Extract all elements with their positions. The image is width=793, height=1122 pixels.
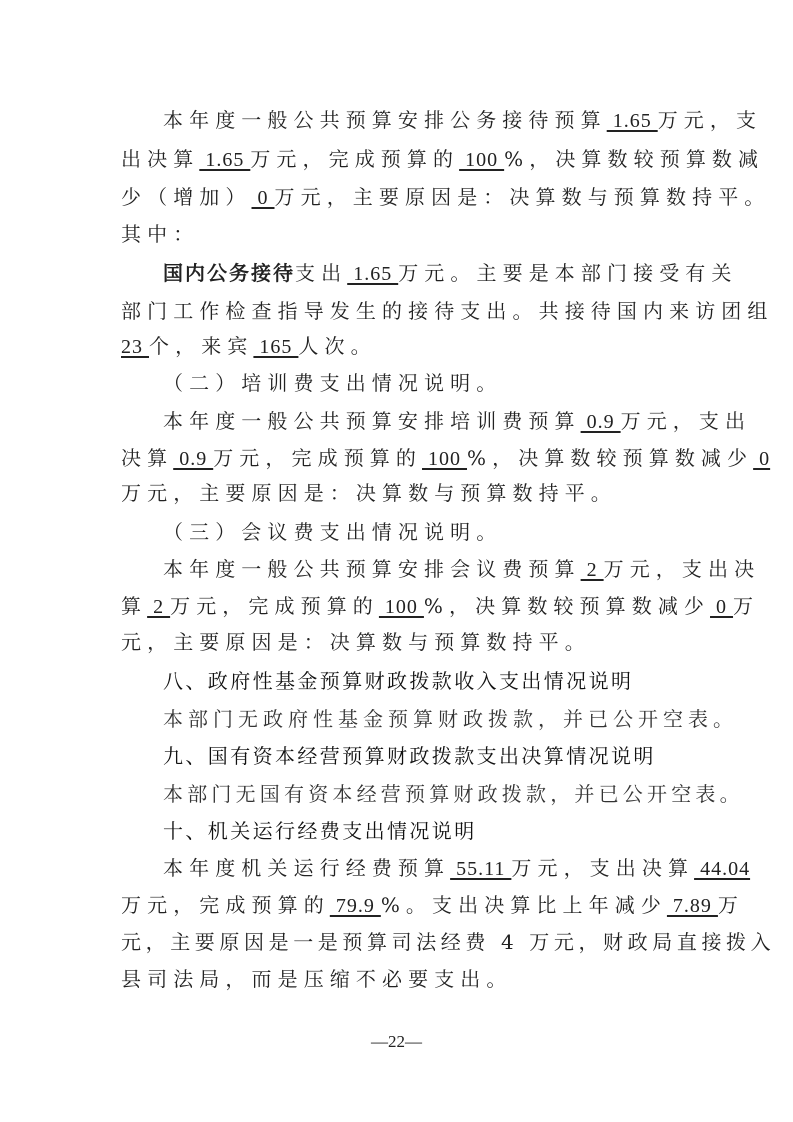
reception-percent-value: 100 bbox=[459, 149, 504, 171]
text: 其中： bbox=[121, 222, 199, 246]
text: 万元，完成预算的 bbox=[250, 147, 459, 171]
guests-count: 165 bbox=[253, 336, 298, 358]
text: 万元，支 bbox=[658, 108, 762, 132]
text: 个，来宾 bbox=[149, 334, 253, 358]
domestic-reception-label: 国内公务接待 bbox=[163, 261, 295, 285]
section-9-body: 本部门无国有资本经营预算财政拨款，并已公开空表。 bbox=[163, 779, 673, 809]
reception-budget-value: 1.65 bbox=[607, 110, 658, 132]
meeting-heading: （三）会议费支出情况说明。 bbox=[163, 517, 673, 547]
section-9-heading: 九、国有资本经营预算财政拨款支出决算情况说明 bbox=[163, 741, 673, 771]
text: 本年度一般公共预算安排培训费预算 bbox=[163, 409, 581, 433]
text: 元，主要原因是一是预算司法经费 4 万元，财政局直接拨入 bbox=[121, 930, 775, 954]
meeting-line-2: 算 2 万元，完成预算的 100 %，决算数较预算数减少 0 万 bbox=[121, 591, 673, 621]
page-number: —22— bbox=[0, 1032, 793, 1052]
text: %，决算数较预算数减少 bbox=[467, 446, 753, 470]
reception-line-2: 出决算 1.65 万元，完成预算的 100 %，决算数较预算数减 bbox=[121, 144, 673, 174]
text: 少（增加） bbox=[121, 185, 252, 209]
section-10-line-3: 元，主要原因是一是预算司法经费 4 万元，财政局直接拨入 bbox=[121, 927, 673, 957]
section-10-line-2: 万元，完成预算的 79.9 %。支出决算比上年减少 7.89 万 bbox=[121, 890, 673, 920]
training-percent-value: 100 bbox=[422, 448, 467, 470]
operating-decrease-value: 7.89 bbox=[667, 895, 718, 917]
text: 万元，主要原因是：决算数与预算数持平。 bbox=[275, 185, 771, 209]
text: 万元，完成预算的 bbox=[213, 446, 422, 470]
reception-line-4: 其中： bbox=[121, 219, 673, 249]
training-line-2: 决算 0.9 万元，完成预算的 100 %，决算数较预算数减少 0 bbox=[121, 443, 673, 473]
text: 本年度机关运行经费预算 bbox=[163, 856, 450, 880]
domestic-value: 1.65 bbox=[347, 263, 398, 285]
text: 万 bbox=[718, 893, 744, 917]
reception-line-3: 少（增加） 0 万元，主要原因是：决算数与预算数持平。 bbox=[121, 182, 673, 212]
meeting-line-1: 本年度一般公共预算安排会议费预算 2 万元，支出决 bbox=[163, 554, 673, 584]
domestic-line-3: 23 个，来宾 165 人次。 bbox=[121, 331, 673, 361]
meeting-budget-value: 2 bbox=[581, 559, 604, 581]
text: 出决算 bbox=[121, 147, 199, 171]
text: 算 bbox=[121, 594, 147, 618]
training-line-3: 万元，主要原因是：决算数与预算数持平。 bbox=[121, 478, 673, 508]
reception-diff-value: 0 bbox=[252, 187, 275, 209]
section-10-line-1: 本年度机关运行经费预算 55.11 万元，支出决算 44.04 bbox=[163, 853, 673, 883]
training-budget-value: 0.9 bbox=[581, 411, 621, 433]
meeting-diff-value: 0 bbox=[710, 596, 733, 618]
text: %，决算数较预算数减少 bbox=[424, 594, 710, 618]
text: 部门工作检查指导发生的接待支出。共接待国内来访团组 bbox=[121, 299, 774, 323]
text: 本年度一般公共预算安排会议费预算 bbox=[163, 557, 581, 581]
document-page: 本年度一般公共预算安排公务接待预算 1.65 万元，支 出决算 1.65 万元，… bbox=[0, 0, 793, 1122]
text: 县司法局，而是压缩不必要支出。 bbox=[121, 967, 513, 991]
text: %。支出决算比上年减少 bbox=[381, 893, 667, 917]
operating-budget-value: 55.11 bbox=[450, 858, 511, 880]
training-diff-value: 0 bbox=[753, 448, 770, 470]
text: 决算 bbox=[121, 446, 173, 470]
domestic-line-2: 部门工作检查指导发生的接待支出。共接待国内来访团组 bbox=[121, 296, 673, 326]
training-heading: （二）培训费支出情况说明。 bbox=[163, 368, 673, 398]
operating-actual-value: 44.04 bbox=[694, 858, 750, 880]
operating-percent-value: 79.9 bbox=[330, 895, 381, 917]
meeting-percent-value: 100 bbox=[379, 596, 424, 618]
text: 万元，主要原因是：决算数与预算数持平。 bbox=[121, 481, 617, 505]
reception-actual-value: 1.65 bbox=[199, 149, 250, 171]
meeting-actual-value: 2 bbox=[147, 596, 170, 618]
text: %，决算数较预算数减 bbox=[504, 147, 764, 171]
training-line-1: 本年度一般公共预算安排培训费预算 0.9 万元，支出 bbox=[163, 406, 673, 436]
training-actual-value: 0.9 bbox=[173, 448, 213, 470]
text: 支出 bbox=[295, 261, 347, 285]
text: 人次。 bbox=[298, 334, 376, 358]
groups-count: 23 bbox=[121, 336, 149, 358]
text: 万 bbox=[733, 594, 759, 618]
text: 元，主要原因是：决算数与预算数持平。 bbox=[121, 630, 591, 654]
section-8-heading: 八、政府性基金预算财政拨款收入支出情况说明 bbox=[163, 666, 673, 696]
meeting-line-3: 元，主要原因是：决算数与预算数持平。 bbox=[121, 627, 673, 657]
text: 万元，支出决 bbox=[604, 557, 761, 581]
text: 万元，完成预算的 bbox=[170, 594, 379, 618]
text: 万元，支出决算 bbox=[511, 856, 694, 880]
text: 万元，支出 bbox=[621, 409, 752, 433]
domestic-line-1: 国内公务接待支出 1.65 万元。主要是本部门接受有关 bbox=[163, 258, 673, 288]
section-10-heading: 十、机关运行经费支出情况说明 bbox=[163, 816, 673, 846]
section-8-body: 本部门无政府性基金预算财政拨款，并已公开空表。 bbox=[163, 704, 673, 734]
reception-line-1: 本年度一般公共预算安排公务接待预算 1.65 万元，支 bbox=[163, 105, 673, 135]
text: 万元，完成预算的 bbox=[121, 893, 330, 917]
text: 本年度一般公共预算安排公务接待预算 bbox=[163, 108, 607, 132]
section-10-line-4: 县司法局，而是压缩不必要支出。 bbox=[121, 964, 673, 994]
text: 万元。主要是本部门接受有关 bbox=[398, 261, 737, 285]
